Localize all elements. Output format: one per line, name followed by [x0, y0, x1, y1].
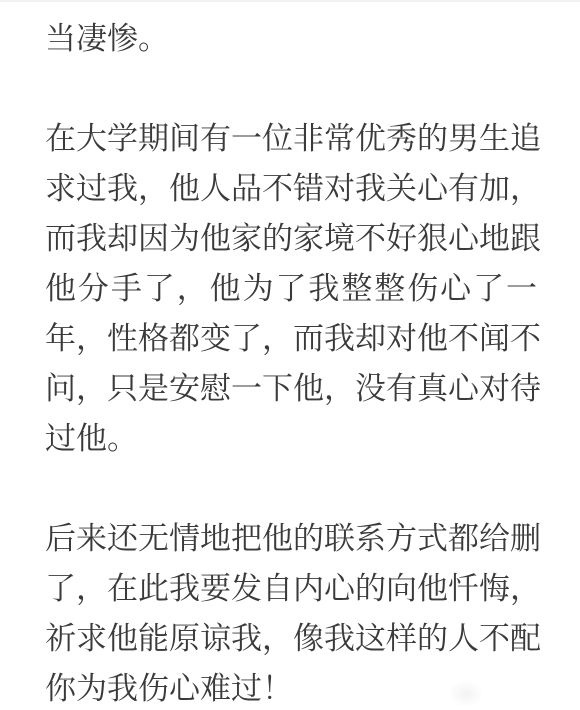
article-body: 当凄惨。 在大学期间有一位非常优秀的男生追 求过我，他人品不错对我关心有加， 而… [0, 2, 580, 710]
text-line: 年，性格都变了，而我却对他不闻不 [45, 314, 537, 364]
text-line: 了，在此我要发自内心的向他忏悔， [45, 564, 537, 614]
article-page: 当凄惨。 在大学期间有一位非常优秀的男生追 求过我，他人品不错对我关心有加， 而… [0, 0, 580, 710]
text-line: 而我却因为他家的家境不好狠心地跟 [45, 214, 537, 264]
text-line: 他分手了，他为了我整整伤心了一 [45, 264, 537, 314]
paragraph-1: 当凄惨。 [45, 14, 537, 64]
text-line: 问，只是安慰一下他，没有真心对待 [45, 364, 537, 414]
text-line: 在大学期间有一位非常优秀的男生追 [45, 114, 537, 164]
text-line: 祈求他能原谅我，像我这样的人不配 [45, 614, 537, 664]
watermark-smudge [448, 680, 484, 708]
text-line: 过他。 [45, 414, 537, 464]
text-line: 求过我，他人品不错对我关心有加， [45, 164, 537, 214]
text-line: 后来还无情地把他的联系方式都给删 [45, 514, 537, 564]
paragraph-2: 在大学期间有一位非常优秀的男生追 求过我，他人品不错对我关心有加， 而我却因为他… [45, 114, 537, 464]
text-line: 当凄惨。 [45, 14, 537, 64]
